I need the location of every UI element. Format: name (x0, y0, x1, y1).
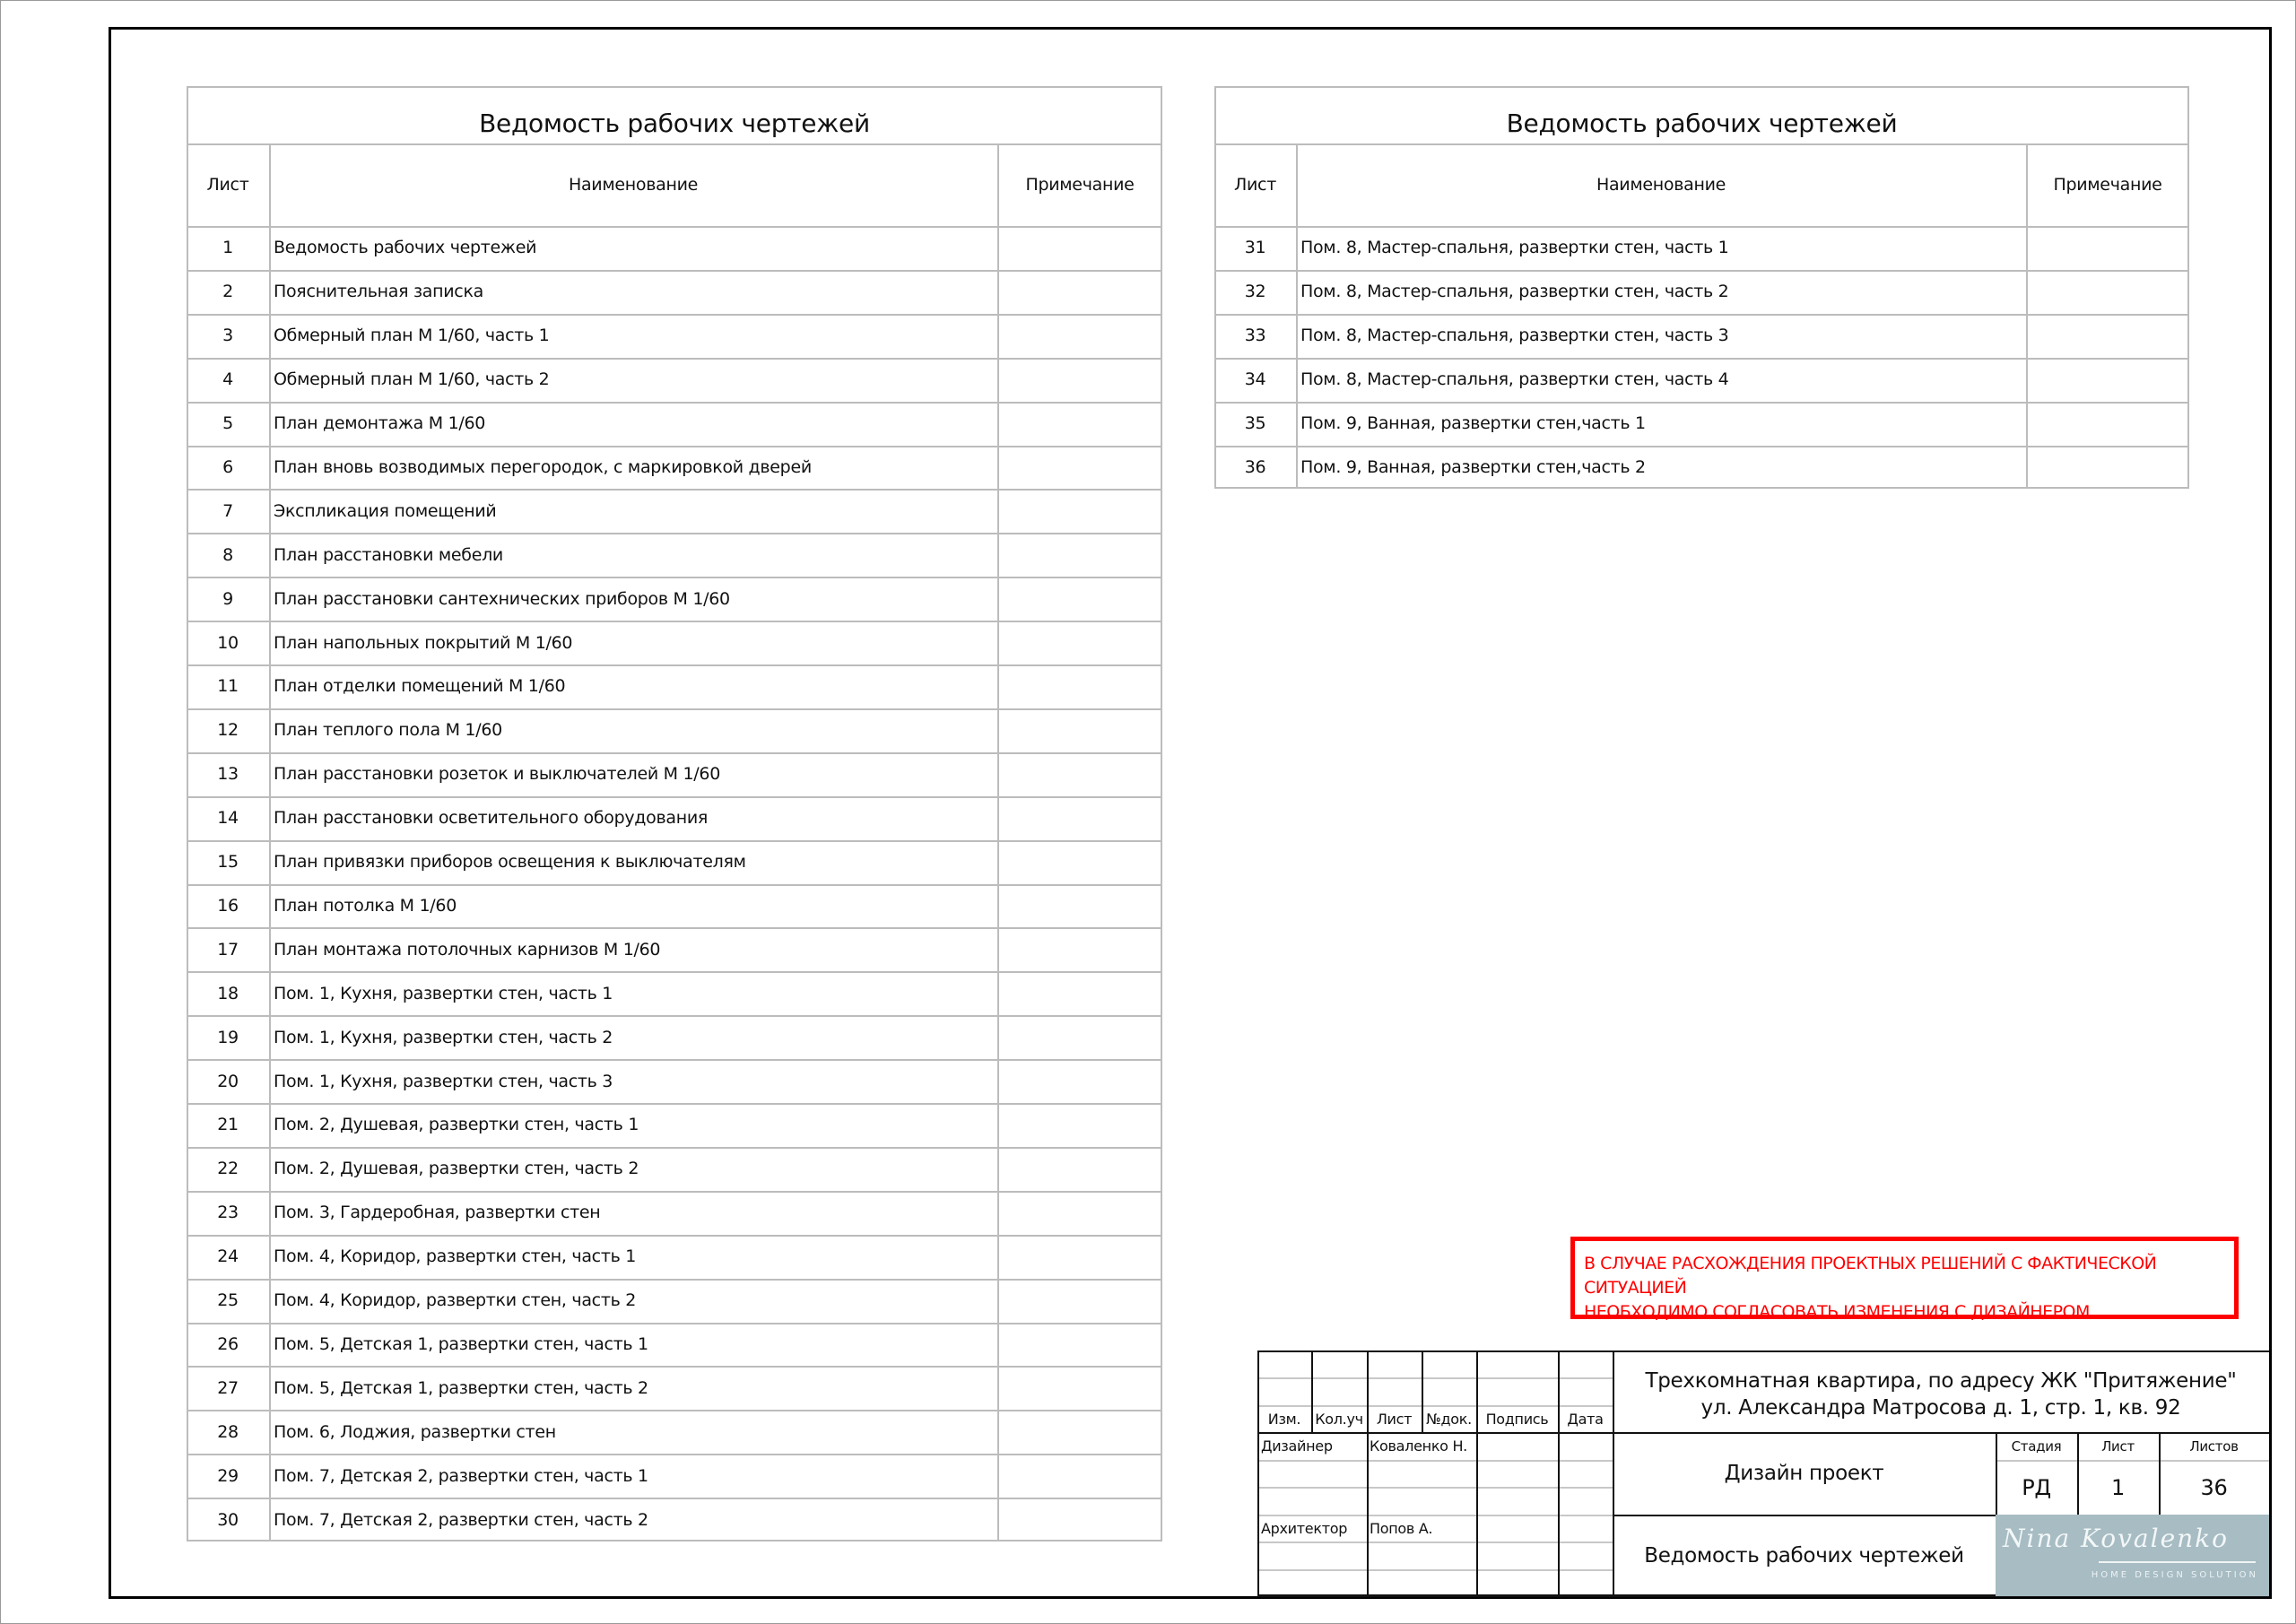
sheet-note (997, 1015, 1162, 1059)
sheet-note (997, 358, 1162, 402)
sheet-note (2026, 446, 2189, 490)
table-row: 25Пом. 4, Коридор, развертки стен, часть… (187, 1279, 1162, 1323)
sheet-note (997, 1279, 1162, 1323)
sheets-label: Листов (2159, 1432, 2269, 1460)
table-row: 5План демонтажа М 1/60 (187, 402, 1162, 446)
sheet-note (2026, 226, 2189, 270)
table-row: 23Пом. 3, Гардеробная, развертки стен (187, 1191, 1162, 1235)
sheet-note (997, 226, 1162, 270)
sheet-name: План расстановки осветительного оборудов… (269, 796, 1002, 840)
warning-line-2: НЕОБХОДИМО СОГЛАСОВАТЬ ИЗМЕНЕНИЯ С ДИЗАЙ… (1584, 1300, 2234, 1324)
table-row: 9План расстановки сантехнических приборо… (187, 577, 1162, 621)
sheet-number: 13 (187, 752, 269, 796)
project-title-line-1: Трехкомнатная квартира, по адресу ЖК "Пр… (1645, 1368, 2236, 1394)
sheet-number: 2 (187, 270, 269, 314)
sheet-name: Пом. 8, Мастер-спальня, развертки стен, … (1296, 270, 2031, 314)
sheet-note (997, 1454, 1162, 1498)
table-row: 35Пом. 9, Ванная, развертки стен,часть 1 (1214, 402, 2189, 446)
sheet-note (997, 533, 1162, 577)
table-row: 22Пом. 2, Душевая, развертки стен, часть… (187, 1147, 1162, 1191)
column-header-sheet: Лист (187, 143, 269, 226)
table-row: 2Пояснительная записка (187, 270, 1162, 314)
sheet-name: Пом. 5, Детская 1, развертки стен, часть… (269, 1366, 1002, 1410)
sheet-name: Пояснительная записка (269, 270, 1002, 314)
table-row: 14План расстановки осветительного оборуд… (187, 796, 1162, 840)
table-row: 15План привязки приборов освещения к вык… (187, 840, 1162, 884)
sheet-value: 1 (2077, 1460, 2159, 1515)
sheet-note (997, 664, 1162, 708)
table-row: 3Обмерный план М 1/60, часть 1 (187, 314, 1162, 358)
sheet-name: Пом. 3, Гардеробная, развертки стен (269, 1191, 1002, 1235)
sheet-note (997, 971, 1162, 1015)
sheet-name: План демонтажа М 1/60 (269, 402, 1002, 446)
sheet-name: Пом. 8, Мастер-спальня, развертки стен, … (1296, 314, 2031, 358)
table-title: Ведомость рабочих чертежей (187, 102, 1162, 143)
column-header-note: Примечание (997, 143, 1162, 226)
sheet-number: 11 (187, 664, 269, 708)
column-header-name: Наименование (269, 143, 997, 226)
logo-tagline: HOME DESIGN SOLUTION (2092, 1570, 2258, 1580)
role-architect-name: Попов А. (1370, 1515, 1432, 1541)
sheet-number: 30 (187, 1498, 269, 1541)
sheet-note (2026, 402, 2189, 446)
logo-underline (2099, 1561, 2256, 1563)
sheet-name: Экспликация помещений (269, 489, 1002, 533)
table-title: Ведомость рабочих чертежей (1214, 102, 2189, 143)
sheet-number: 4 (187, 358, 269, 402)
sheet-number: 32 (1214, 270, 1296, 314)
sheet-name: Пом. 9, Ванная, развертки стен,часть 2 (1296, 446, 2031, 490)
sheet-number: 19 (187, 1015, 269, 1059)
column-header-name: Наименование (1296, 143, 2026, 226)
table-row: 13План расстановки розеток и выключателе… (187, 752, 1162, 796)
table-row: 10План напольных покрытий М 1/60 (187, 621, 1162, 664)
column-header-note: Примечание (2026, 143, 2189, 226)
warning-line-1: В СЛУЧАЕ РАСХОЖДЕНИЯ ПРОЕКТНЫХ РЕШЕНИЙ С… (1584, 1252, 2234, 1300)
stage-label: Стадия (1996, 1432, 2077, 1460)
sheet-name: Пом. 9, Ванная, развертки стен,часть 1 (1296, 402, 2031, 446)
table-row: 24Пом. 4, Коридор, развертки стен, часть… (187, 1235, 1162, 1279)
rev-header-signature: Подпись (1476, 1405, 1558, 1432)
sheet-name: Пом. 5, Детская 1, развертки стен, часть… (269, 1323, 1002, 1367)
sheet-name: Пом. 4, Коридор, развертки стен, часть 2 (269, 1279, 1002, 1323)
sheet-note (997, 1323, 1162, 1367)
sheet-name: Пом. 2, Душевая, развертки стен, часть 1 (269, 1103, 1002, 1147)
sheets-value: 36 (2159, 1460, 2269, 1515)
table-row: 27Пом. 5, Детская 1, развертки стен, час… (187, 1366, 1162, 1410)
sheet-name: Пом. 1, Кухня, развертки стен, часть 3 (269, 1059, 1002, 1103)
sheet-note (997, 1410, 1162, 1454)
sheet-number: 1 (187, 226, 269, 270)
table-row: 34Пом. 8, Мастер-спальня, развертки стен… (1214, 358, 2189, 402)
sheet-note (997, 314, 1162, 358)
sheet-name: План привязки приборов освещения к выклю… (269, 840, 1002, 884)
stage-value: РД (1996, 1460, 2077, 1515)
table-row: 17План монтажа потолочных карнизов М 1/6… (187, 927, 1162, 971)
sheet-note (997, 577, 1162, 621)
sheet-name: План теплого пола М 1/60 (269, 708, 1002, 752)
table-row: 28Пом. 6, Лоджия, развертки стен (187, 1410, 1162, 1454)
table-row: 29Пом. 7, Детская 2, развертки стен, час… (187, 1454, 1162, 1498)
table-row: 33Пом. 8, Мастер-спальня, развертки стен… (1214, 314, 2189, 358)
sheet-name: План отделки помещений М 1/60 (269, 664, 1002, 708)
rev-header-count: Кол.уч (1311, 1405, 1367, 1432)
sheet-name: Ведомость рабочих чертежей (269, 226, 1002, 270)
sheet-number: 21 (187, 1103, 269, 1147)
sheet-number: 9 (187, 577, 269, 621)
logo-signature: Nina Kovalenko (2003, 1524, 2229, 1553)
project-title-line-2: ул. Александра Матросова д. 1, стр. 1, к… (1701, 1394, 2181, 1421)
sheet-name: План расстановки мебели (269, 533, 1002, 577)
sheet-note (997, 796, 1162, 840)
sheet-number: 27 (187, 1366, 269, 1410)
sheet-note (2026, 358, 2189, 402)
sheet-title: Ведомость рабочих чертежей (1613, 1515, 1996, 1596)
sheet-note (997, 1147, 1162, 1191)
sheet-note (997, 708, 1162, 752)
table-row: 32Пом. 8, Мастер-спальня, развертки стен… (1214, 270, 2189, 314)
table-row: 20Пом. 1, Кухня, развертки стен, часть 3 (187, 1059, 1162, 1103)
sheet-note (997, 1366, 1162, 1410)
sheet-number: 25 (187, 1279, 269, 1323)
sheet-note (997, 402, 1162, 446)
sheet-number: 10 (187, 621, 269, 664)
sheet-name: Пом. 2, Душевая, развертки стен, часть 2 (269, 1147, 1002, 1191)
sheet-name: План расстановки сантехнических приборов… (269, 577, 1002, 621)
sheet-note (997, 446, 1162, 490)
rev-header-change: Изм. (1257, 1405, 1311, 1432)
sheet-number: 23 (187, 1191, 269, 1235)
designer-logo: Nina Kovalenko HOME DESIGN SOLUTION (1996, 1515, 2269, 1596)
sheet-name: Пом. 7, Детская 2, развертки стен, часть… (269, 1498, 1002, 1541)
sheet-note (997, 270, 1162, 314)
rev-header-date: Дата (1558, 1405, 1613, 1432)
sheet-number: 16 (187, 884, 269, 928)
sheet-note (997, 752, 1162, 796)
table-row: 36Пом. 9, Ванная, развертки стен,часть 2 (1214, 446, 2189, 490)
sheet-number: 35 (1214, 402, 1296, 446)
sheet-number: 20 (187, 1059, 269, 1103)
sheet-number: 7 (187, 489, 269, 533)
sheet-name: Пом. 7, Детская 2, развертки стен, часть… (269, 1454, 1002, 1498)
rev-header-sheet: Лист (1367, 1405, 1422, 1432)
document-type: Дизайн проект (1613, 1432, 1996, 1515)
sheet-name: Обмерный план М 1/60, часть 2 (269, 358, 1002, 402)
sheet-note (997, 1059, 1162, 1103)
sheet-number: 31 (1214, 226, 1296, 270)
sheet-label: Лист (2077, 1432, 2159, 1460)
table-row: 4Обмерный план М 1/60, часть 2 (187, 358, 1162, 402)
sheet-name: Пом. 6, Лоджия, развертки стен (269, 1410, 1002, 1454)
role-architect-label: Архитектор (1261, 1515, 1347, 1541)
sheet-name: Пом. 8, Мастер-спальня, развертки стен, … (1296, 358, 2031, 402)
sheet-number: 36 (1214, 446, 1296, 490)
sheet-number: 14 (187, 796, 269, 840)
sheet-note (997, 840, 1162, 884)
sheet-number: 33 (1214, 314, 1296, 358)
project-title: Трехкомнатная квартира, по адресу ЖК "Пр… (1613, 1350, 2269, 1432)
table-row: 31Пом. 8, Мастер-спальня, развертки стен… (1214, 226, 2189, 270)
sheet-number: 8 (187, 533, 269, 577)
sheet-name: План расстановки розеток и выключателей … (269, 752, 1002, 796)
sheet-note (997, 489, 1162, 533)
sheet-number: 17 (187, 927, 269, 971)
sheet-number: 12 (187, 708, 269, 752)
table-row: 11План отделки помещений М 1/60 (187, 664, 1162, 708)
table-row: 1Ведомость рабочих чертежей (187, 226, 1162, 270)
sheet-number: 3 (187, 314, 269, 358)
table-row: 8План расстановки мебели (187, 533, 1162, 577)
table-row: 21Пом. 2, Душевая, развертки стен, часть… (187, 1103, 1162, 1147)
table-row: 19Пом. 1, Кухня, развертки стен, часть 2 (187, 1015, 1162, 1059)
sheet-name: Пом. 1, Кухня, развертки стен, часть 2 (269, 1015, 1002, 1059)
sheet-number: 15 (187, 840, 269, 884)
sheet-note (997, 1191, 1162, 1235)
sheet-name: План потолка М 1/60 (269, 884, 1002, 928)
sheet-note (997, 884, 1162, 928)
sheet-number: 28 (187, 1410, 269, 1454)
sheet-number: 18 (187, 971, 269, 1015)
sheet-note (997, 621, 1162, 664)
sheet-name: План вновь возводимых перегородок, с мар… (269, 446, 1002, 490)
sheet-note (2026, 270, 2189, 314)
sheet-number: 29 (187, 1454, 269, 1498)
role-designer-name: Коваленко Н. (1370, 1432, 1467, 1459)
table-row: 16План потолка М 1/60 (187, 884, 1162, 928)
sheet-number: 22 (187, 1147, 269, 1191)
column-header-sheet: Лист (1214, 143, 1296, 226)
sheet-name: Пом. 1, Кухня, развертки стен, часть 1 (269, 971, 1002, 1015)
table-row: 12План теплого пола М 1/60 (187, 708, 1162, 752)
sheet-number: 34 (1214, 358, 1296, 402)
sheet-name: Пом. 8, Мастер-спальня, развертки стен, … (1296, 226, 2031, 270)
rev-header-docno: №док. (1422, 1405, 1476, 1432)
sheet-note (997, 1103, 1162, 1147)
table-row: 18Пом. 1, Кухня, развертки стен, часть 1 (187, 971, 1162, 1015)
sheet-number: 24 (187, 1235, 269, 1279)
table-row: 7Экспликация помещений (187, 489, 1162, 533)
sheet-number: 26 (187, 1323, 269, 1367)
table-row: 26Пом. 5, Детская 1, развертки стен, час… (187, 1323, 1162, 1367)
sheet-name: Пом. 4, Коридор, развертки стен, часть 1 (269, 1235, 1002, 1279)
role-designer-label: Дизайнер (1261, 1432, 1333, 1459)
sheet-name: Обмерный план М 1/60, часть 1 (269, 314, 1002, 358)
sheet-name: План монтажа потолочных карнизов М 1/60 (269, 927, 1002, 971)
table-row: 6План вновь возводимых перегородок, с ма… (187, 446, 1162, 490)
sheet-name: План напольных покрытий М 1/60 (269, 621, 1002, 664)
warning-note: В СЛУЧАЕ РАСХОЖДЕНИЯ ПРОЕКТНЫХ РЕШЕНИЙ С… (1570, 1237, 2239, 1319)
sheet-note (2026, 314, 2189, 358)
sheet-note (997, 1235, 1162, 1279)
sheet-number: 6 (187, 446, 269, 490)
sheet-number: 5 (187, 402, 269, 446)
sheet-note (997, 1498, 1162, 1541)
sheet-note (997, 927, 1162, 971)
table-row: 30Пом. 7, Детская 2, развертки стен, час… (187, 1498, 1162, 1541)
